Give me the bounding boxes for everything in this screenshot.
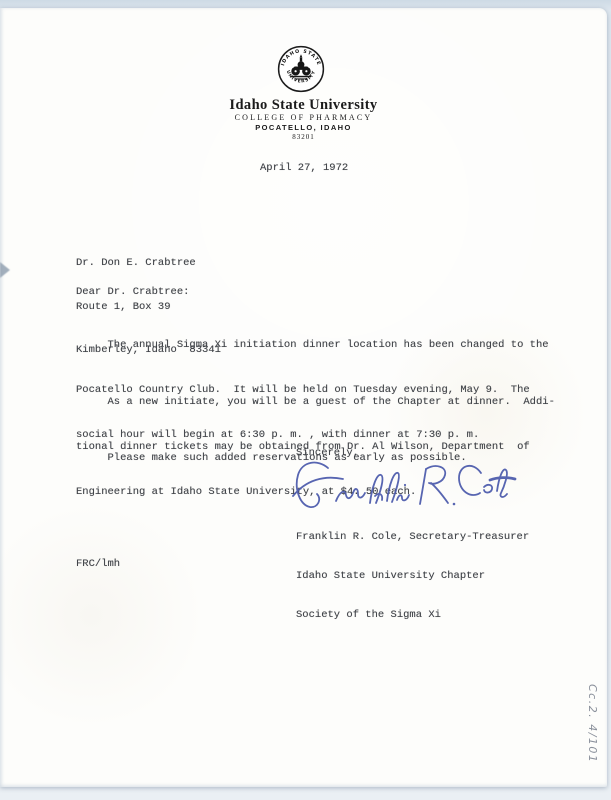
- reference-initials: FRC/lmh: [76, 557, 120, 572]
- scan-edge-arrow-mark: [0, 262, 10, 278]
- signer-org-1: Idaho State University Chapter: [296, 570, 529, 583]
- salutation: Dear Dr. Crabtree:: [76, 285, 189, 300]
- university-seal: IDAHO STATE UNIVERSITY: [277, 45, 325, 93]
- letterhead-zip: 83201: [0, 133, 607, 141]
- signer-org-2: Society of the Sigma Xi: [296, 609, 529, 622]
- body-line: As a new initiate, you will be a guest o…: [76, 395, 555, 410]
- date-line: April 27, 1972: [260, 161, 348, 176]
- body-line: The annual Sigma Xi initiation dinner lo…: [76, 338, 549, 353]
- letterhead-city: POCATELLO, IDAHO: [0, 123, 607, 132]
- signer-name-title: Franklin R. Cole, Secretary-Treasurer: [296, 531, 529, 544]
- letterhead-department: COLLEGE OF PHARMACY: [0, 113, 607, 122]
- handwritten-catalog-number: Cc.2. 4/101: [586, 684, 599, 763]
- signature-block: Franklin R. Cole, Secretary-Treasurer Id…: [296, 505, 529, 648]
- scanned-letter-page: IDAHO STATE UNIVERSITY Idaho State Unive…: [0, 0, 611, 800]
- recipient-name: Dr. Don E. Crabtree: [76, 256, 221, 271]
- letterhead-institution: Idaho State University: [0, 97, 607, 114]
